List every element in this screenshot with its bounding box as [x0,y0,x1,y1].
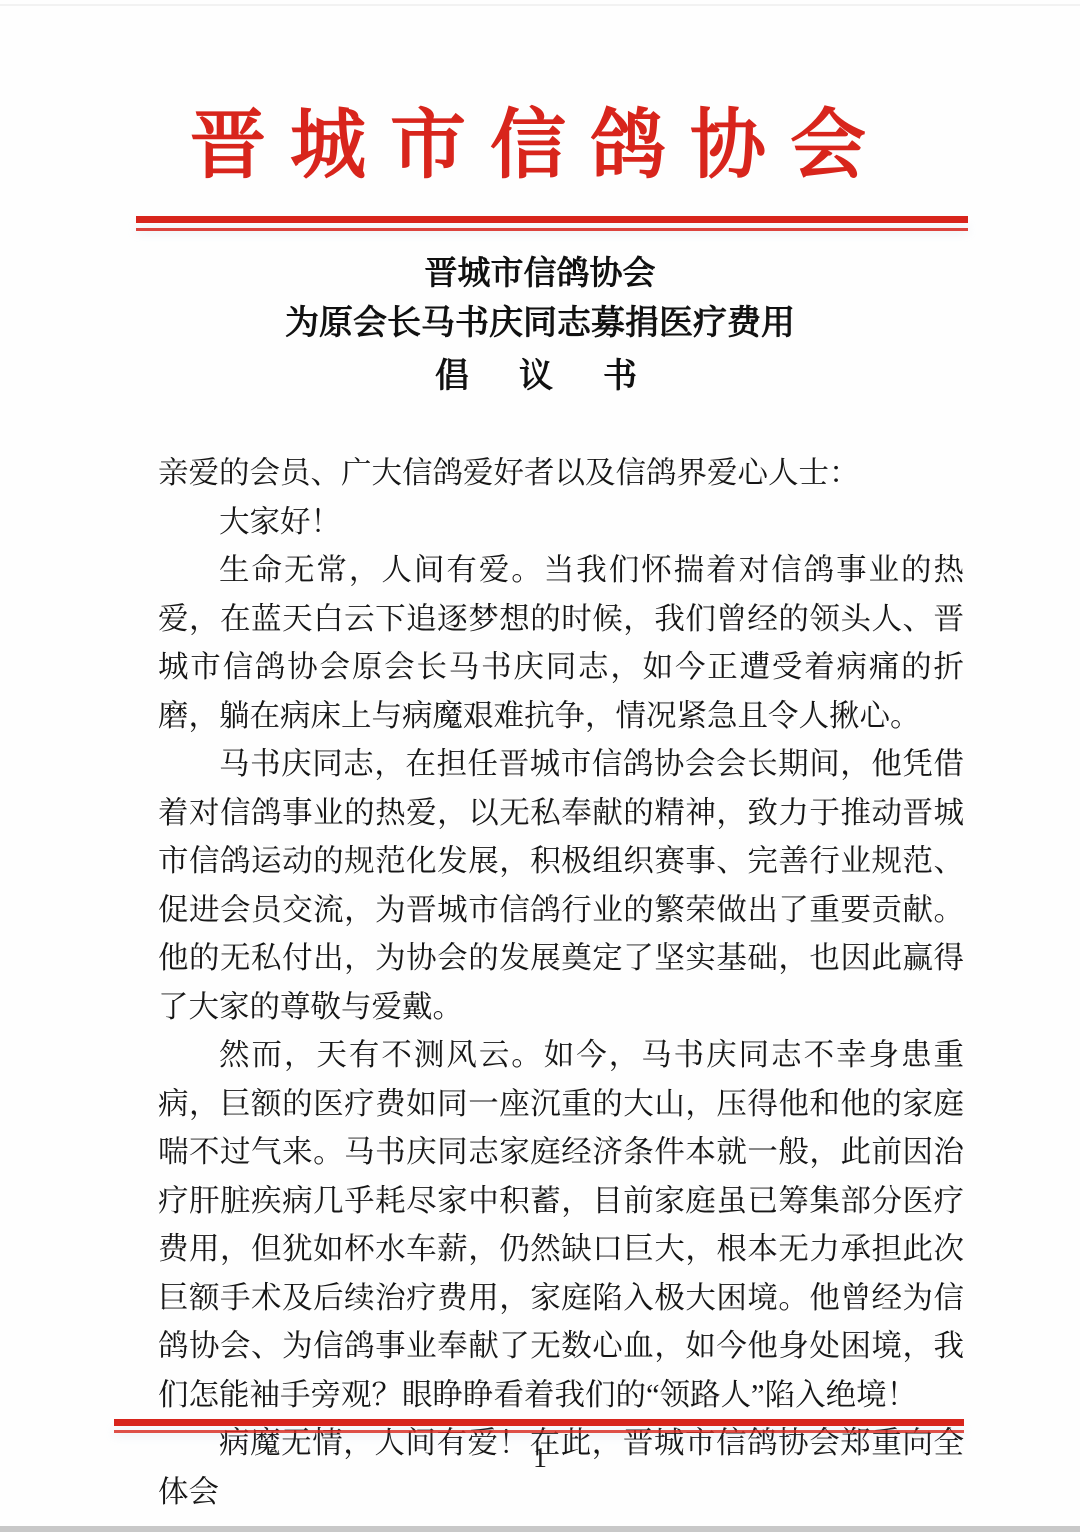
body-paragraph: 大家好！ [158,498,964,547]
document-title-proposal: 倡 议 书 [0,350,1080,404]
document-title-block: 晋城市信鸽协会 为原会长马书庆同志募捐医疗费用 倡 议 书 [0,250,1080,404]
body-paragraph: 马书庆同志，在担任晋城市信鸽协会会长期间，他凭借着对信鸽事业的热爱，以无私奉献的… [158,740,964,1031]
footer-rule-thick [114,1419,964,1426]
page-number: 1 [0,1442,1080,1476]
footer-rule-thin [114,1430,964,1433]
page-top-edge [0,4,1080,6]
page-bottom-edge [0,1526,1080,1532]
document-title-purpose: 为原会长马书庆同志募捐医疗费用 [0,298,1080,350]
document-body: 亲爱的会员、广大信鸽爱好者以及信鸽界爱心人士： 大家好！生命无常，人间有爱。当我… [158,449,964,1516]
letterhead-rule-thick [136,216,968,223]
document-title-association: 晋城市信鸽协会 [0,250,1080,298]
letterhead-rule-thin [136,228,968,231]
body-paragraph: 然而，天有不测风云。如今，马书庆同志不幸身患重病，巨额的医疗费如同一座沉重的大山… [158,1031,964,1419]
salutation-line: 亲爱的会员、广大信鸽爱好者以及信鸽界爱心人士： [158,449,964,498]
body-paragraph: 生命无常，人间有爱。当我们怀揣着对信鸽事业的热爱，在蓝天白云下追逐梦想的时候，我… [158,546,964,740]
document-page: 晋城市信鸽协会 晋城市信鸽协会 为原会长马书庆同志募捐医疗费用 倡 议 书 亲爱… [0,0,1080,1532]
body-paragraphs: 大家好！生命无常，人间有爱。当我们怀揣着对信鸽事业的热爱，在蓝天白云下追逐梦想的… [158,498,964,1517]
letterhead-title: 晋城市信鸽协会 [0,102,1080,190]
